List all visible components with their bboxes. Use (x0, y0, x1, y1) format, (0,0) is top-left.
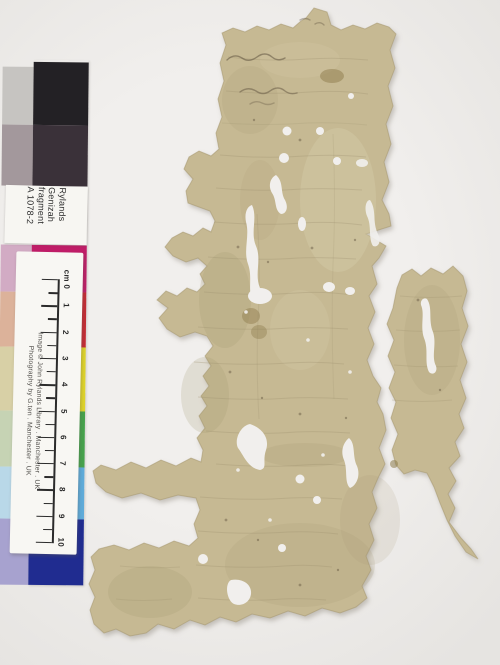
id-label-text: Rylands Genizah fragment A 1078-2 (24, 186, 68, 243)
color-patch-charcoal (32, 125, 88, 187)
ruler-tick (43, 529, 52, 531)
ruler-tick-label: 1 (62, 303, 71, 308)
ruler-tick-label: 4 (60, 382, 69, 387)
ruler-tick-label: cm 0 (62, 270, 71, 290)
color-patch-mauve-gray (1, 125, 33, 186)
id-label-line-1: Rylands (56, 187, 68, 243)
ruler-tick-label: 10 (56, 538, 65, 548)
photograph-scene: Rylands Genizah fragment A 1078-2 Image … (0, 0, 500, 665)
id-label: Rylands Genizah fragment A 1078-2 (4, 185, 88, 245)
ruler-tick (48, 318, 57, 320)
color-patch-black (33, 62, 89, 126)
ruler-tick (45, 450, 54, 452)
id-label-line-3: fragment (35, 187, 47, 243)
ruler-tick-label: 5 (59, 408, 68, 413)
ruler-tick (48, 292, 57, 294)
id-label-line-4: A 1078-2 (24, 186, 36, 242)
color-patch-silver (2, 67, 34, 125)
ruler-tick-label: 7 (58, 461, 67, 466)
ruler-tick (46, 397, 55, 399)
ruler-tick (46, 424, 55, 426)
ruler-tick-label: 6 (59, 435, 68, 440)
ruler-tick (47, 345, 56, 347)
ruler-tick (44, 503, 53, 505)
ruler-tick-label: 8 (57, 487, 66, 492)
id-label-line-2: Genizah (45, 187, 57, 243)
ruler-tick (44, 476, 53, 478)
ruler-tick-label: 3 (60, 356, 69, 361)
cm-ruler: Image © John Rylands Library . Mancheste… (10, 251, 84, 554)
ruler-tick-label: 9 (57, 514, 66, 519)
ruler-tick-label: 2 (61, 330, 70, 335)
ruler-tick (47, 371, 56, 373)
